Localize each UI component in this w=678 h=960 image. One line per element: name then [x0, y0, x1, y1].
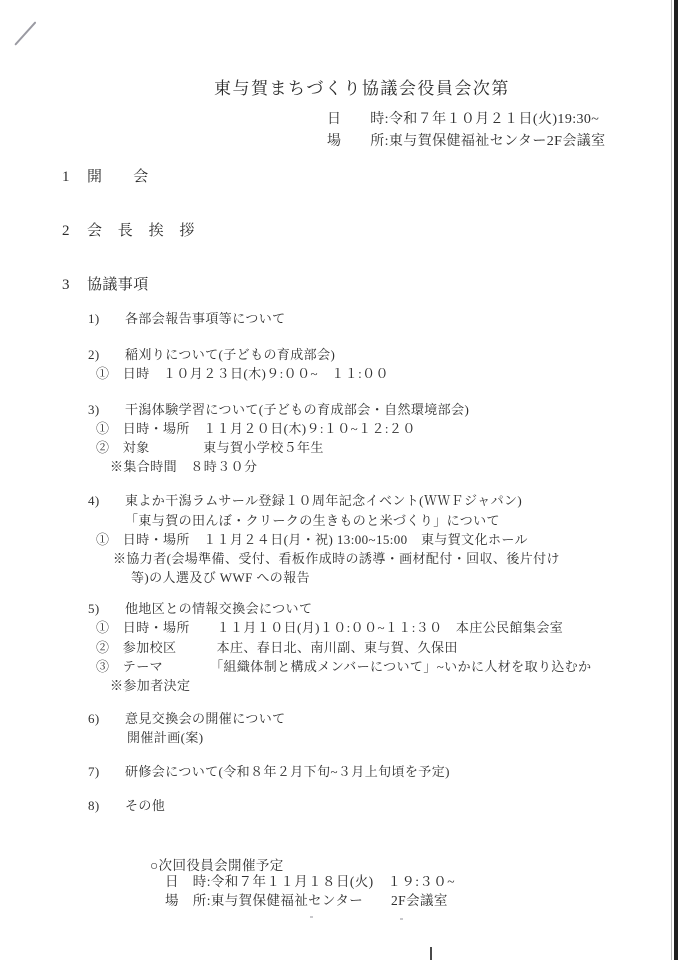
meeting-location: 場 所:東与賀保健福祉センター2F会議室 [327, 132, 606, 152]
pen-mark-artifact [14, 21, 36, 45]
page-title: 東与賀まちづくり協議会役員会次第 [214, 79, 510, 99]
topic-number: 2) [88, 345, 125, 365]
topic-2: 2) 稲刈りについて(子どもの育成部会) [88, 345, 335, 365]
topic-title: 東よか干潟ラムサール登録１０周年記念イベント(ＷＷＦジャパン) [125, 491, 522, 511]
meeting-datetime: 日 時:令和７年１０月２１日(火)19:30~ [327, 110, 599, 130]
topic-5: 5) 他地区との情報交換会について [88, 599, 312, 619]
topic-number: 4) [88, 491, 125, 511]
topic-5-detail-theme: ③ テーマ 「組織体制と構成メンバーについて」~いかに人材を取り込むか [96, 657, 592, 677]
topic-number: 5) [88, 599, 125, 619]
topic-4-note-helpers-cont: 等)の人選及び WWF への報告 [131, 568, 310, 588]
topic-title: 意見交換会の開催について [125, 709, 286, 729]
scan-speck [310, 916, 313, 918]
topic-1: 1) 各部会報告事項等について [88, 309, 286, 329]
topic-5-detail-districts: ② 参加校区 本庄、春日北、南川副、東与賀、久保田 [96, 638, 458, 658]
scanned-agenda-page: 東与賀まちづくり協議会役員会次第 日 時:令和７年１０月２１日(火)19:30~… [0, 0, 678, 960]
topic-number: 1) [88, 309, 125, 329]
section-label: 協議事項 [87, 275, 149, 295]
topic-8: 8) その他 [88, 796, 165, 816]
section-number: 3 [62, 275, 87, 295]
topic-3-detail-datetime: ① 日時・場所 １１月２０日(木)９:１０~１２:２０ [96, 419, 416, 439]
topic-title: その他 [125, 796, 165, 816]
topic-5-note-participants: ※参加者決定 [110, 676, 190, 696]
section-chair-greeting: 2 会 長 挨 拶 [62, 221, 195, 241]
topic-number: 8) [88, 796, 125, 816]
topic-title: 干潟体験学習について(子どもの育成部会・自然環境部会) [125, 400, 469, 420]
topic-title: 研修会について(令和８年２月下旬~３月上旬頃を予定) [125, 762, 450, 782]
scan-crease-artifact [430, 947, 432, 960]
scan-edge-shadow [671, 0, 672, 960]
scan-speck [400, 918, 403, 920]
topic-3: 3) 干潟体験学習について(子どもの育成部会・自然環境部会) [88, 400, 469, 420]
topic-7: 7) 研修会について(令和８年２月下旬~３月上旬頃を予定) [88, 762, 450, 782]
topic-number: 7) [88, 762, 125, 782]
topic-number: 3) [88, 400, 125, 420]
topic-4-subtitle: 「東与賀の田んぼ・クリークの生きものと米づくり」について [125, 511, 500, 531]
topic-4-note-helpers: ※協力者(会場準備、受付、看板作成時の誘導・画材配付・回収、後片付け [113, 549, 560, 569]
section-number: 1 [62, 167, 87, 187]
topic-title: 各部会報告事項等について [125, 309, 286, 329]
topic-3-note-meeting-time: ※集合時間 ８時３０分 [110, 457, 257, 477]
topic-4-detail-datetime: ① 日時・場所 １１月２４日(月・祝) 13:00~15:00 東与賀文化ホール [96, 530, 528, 550]
topic-6-detail-plan: 開催計画(案) [127, 728, 203, 748]
topic-5-detail-datetime: ① 日時・場所 １１月１０日(月)１０:００~１１:３０ 本庄公民館集会室 [96, 618, 563, 638]
next-meeting-datetime: 日 時:令和７年１１月１８日(火) １９:３０~ [165, 872, 455, 892]
section-number: 2 [62, 221, 87, 241]
topic-4: 4) 東よか干潟ラムサール登録１０周年記念イベント(ＷＷＦジャパン) [88, 491, 522, 511]
topic-2-detail-datetime: ① 日時 １０月２３日(木)９:００~ １１:００ [96, 364, 389, 384]
scan-edge-right [674, 0, 678, 960]
section-discussion-items: 3 協議事項 [62, 275, 149, 295]
next-meeting-location: 場 所:東与賀保健福祉センター 2F会議室 [165, 891, 448, 911]
section-label: 開 会 [87, 167, 149, 187]
topic-6: 6) 意見交換会の開催について [88, 709, 286, 729]
topic-title: 稲刈りについて(子どもの育成部会) [125, 345, 335, 365]
topic-title: 他地区との情報交換会について [125, 599, 312, 619]
topic-number: 6) [88, 709, 125, 729]
topic-3-detail-target: ② 対象 東与賀小学校５年生 [96, 438, 324, 458]
section-label: 会 長 挨 拶 [87, 221, 195, 241]
section-opening: 1 開 会 [62, 167, 149, 187]
